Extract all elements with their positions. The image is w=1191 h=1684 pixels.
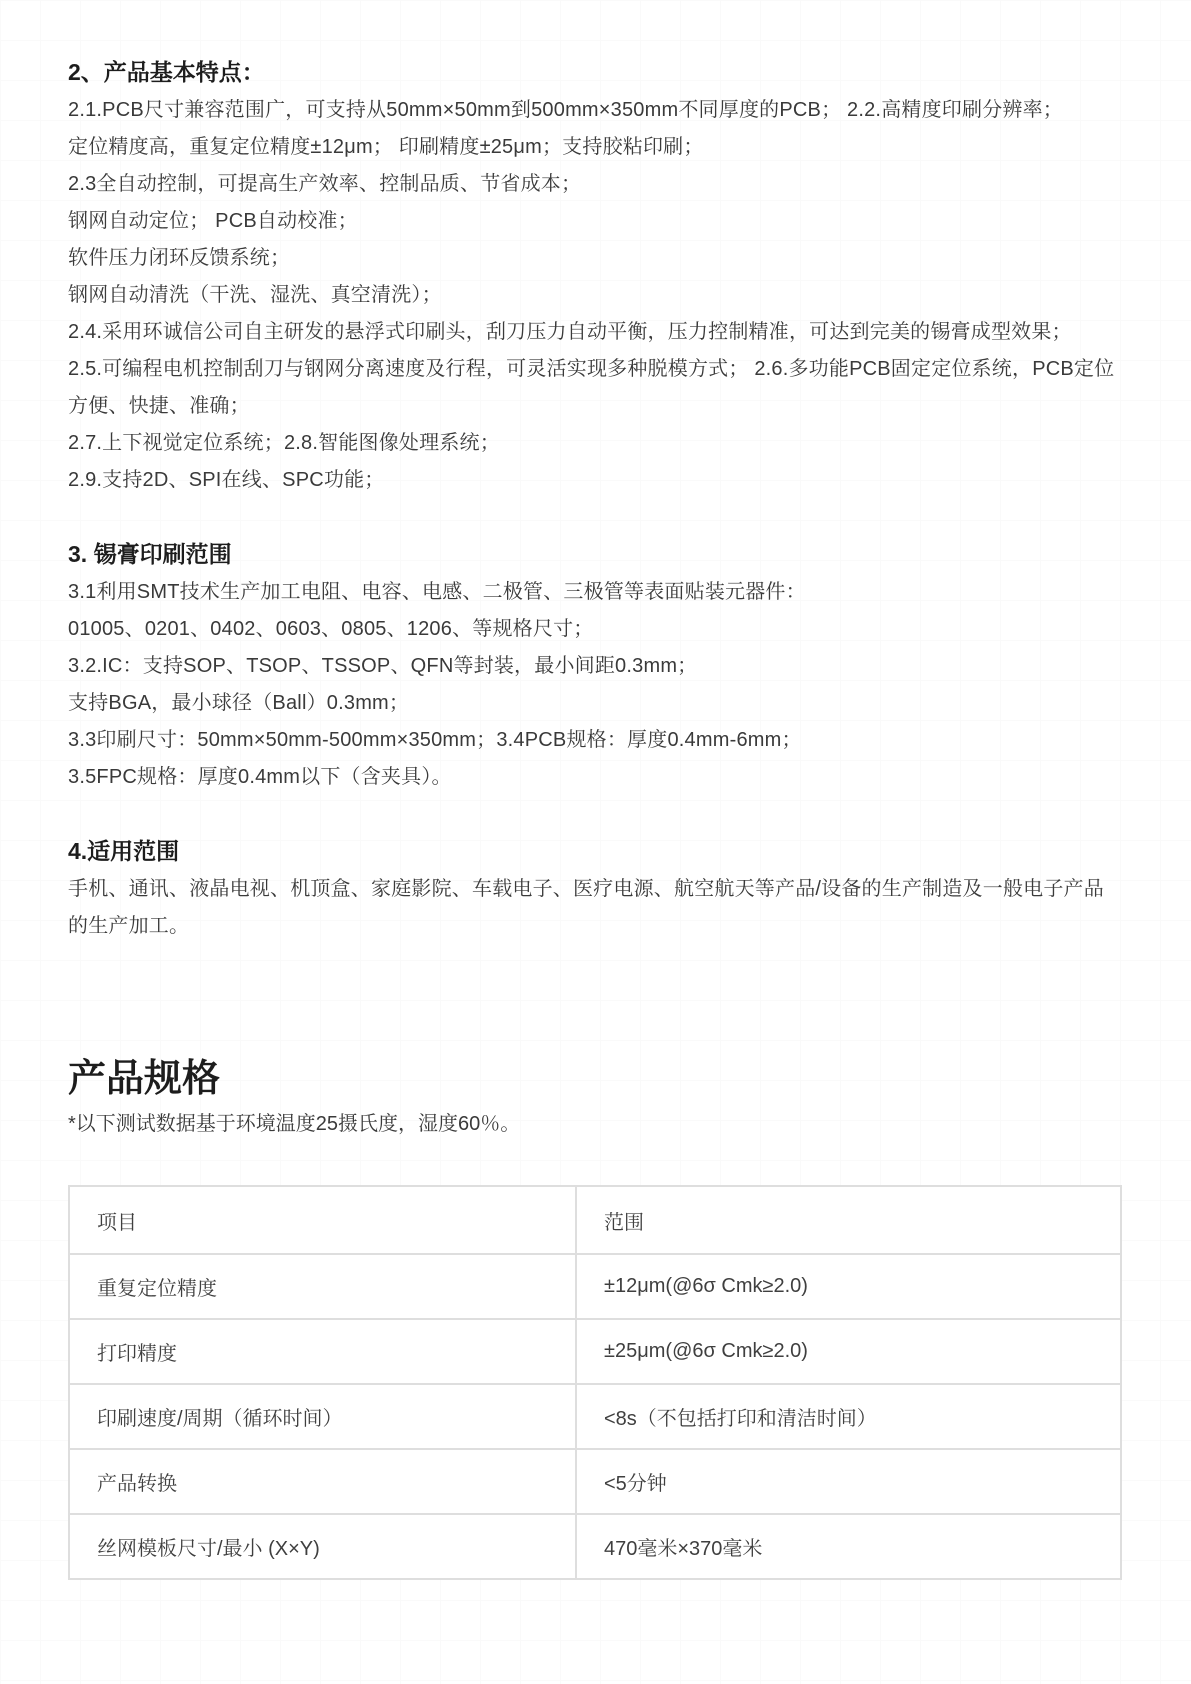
spec-item-label: 丝网模板尺寸/最小 (X×Y) bbox=[69, 1514, 576, 1579]
range-line: 01005、0201、0402、0603、0805、1206、等规格尺寸； bbox=[68, 611, 1122, 648]
table-row: 打印精度 ±25μm(@6σ Cmk≥2.0) bbox=[69, 1319, 1121, 1384]
feature-line: 钢网自动清洗（干洗、湿洗、真空清洗）； bbox=[68, 277, 1122, 314]
specs-table-header-row: 项目 范围 bbox=[69, 1186, 1121, 1254]
applications-line: 手机、通讯、液晶电视、机顶盒、家庭影院、车载电子、医疗电源、航空航天等产品/设备… bbox=[68, 871, 1122, 945]
spec-item-value: ±12μm(@6σ Cmk≥2.0) bbox=[576, 1254, 1121, 1319]
feature-line: 2.4.采用环诚信公司自主研发的悬浮式印刷头，刮刀压力自动平衡，压力控制精准，可… bbox=[68, 314, 1122, 351]
specs-table: 项目 范围 重复定位精度 ±12μm(@6σ Cmk≥2.0) 打印精度 ±25… bbox=[68, 1185, 1122, 1580]
feature-line: 2.5.可编程电机控制刮刀与钢网分离速度及行程，可灵活实现多种脱模方式； 2.6… bbox=[68, 351, 1122, 425]
table-row: 重复定位精度 ±12μm(@6σ Cmk≥2.0) bbox=[69, 1254, 1121, 1319]
feature-line: 定位精度高，重复定位精度±12μm； 印刷精度±25μm；支持胶粘印刷； bbox=[68, 129, 1122, 166]
feature-line: 2.9.支持2D、SPI在线、SPC功能； bbox=[68, 462, 1122, 499]
specs-title: 产品规格 bbox=[68, 1057, 1122, 1101]
specs-table-container: 项目 范围 重复定位精度 ±12μm(@6σ Cmk≥2.0) 打印精度 ±25… bbox=[68, 1185, 1122, 1589]
spec-item-label: 产品转换 bbox=[69, 1449, 576, 1514]
spec-item-label: 打印精度 bbox=[69, 1319, 576, 1384]
specs-header-item: 项目 bbox=[69, 1186, 576, 1254]
range-line: 3.3印刷尺寸：50mm×50mm-500mm×350mm；3.4PCB规格：厚… bbox=[68, 722, 1122, 759]
specs-header-range: 范围 bbox=[576, 1186, 1121, 1254]
range-line: 3.5FPC规格：厚度0.4mm以下（含夹具）。 bbox=[68, 759, 1122, 796]
product-spec-page: 2、产品基本特点： 2.1.PCB尺寸兼容范围广，可支持从50mm×50mm到5… bbox=[0, 0, 1191, 1589]
section-heading-printing-range: 3. 锡膏印刷范围 bbox=[68, 539, 1122, 569]
section-heading-applications: 4.适用范围 bbox=[68, 836, 1122, 866]
range-line: 3.1利用SMT技术生产加工电阻、电容、电感、二极管、三极管等表面贴装元器件： bbox=[68, 574, 1122, 611]
table-row: 丝网模板尺寸/最小 (X×Y) 470毫米×370毫米 bbox=[69, 1514, 1121, 1579]
section-applications-body: 手机、通讯、液晶电视、机顶盒、家庭影院、车载电子、医疗电源、航空航天等产品/设备… bbox=[68, 871, 1122, 945]
feature-line: 软件压力闭环反馈系统； bbox=[68, 240, 1122, 277]
feature-line: 2.3全自动控制，可提高生产效率、控制品质、节省成本； bbox=[68, 166, 1122, 203]
specs-note: *以下测试数据基于环境温度25摄氏度，湿度60％。 bbox=[68, 1107, 1122, 1141]
range-line: 支持BGA，最小球径（Ball）0.3mm； bbox=[68, 685, 1122, 722]
table-row: 产品转换 <5分钟 bbox=[69, 1449, 1121, 1514]
spec-item-value: ±25μm(@6σ Cmk≥2.0) bbox=[576, 1319, 1121, 1384]
feature-line: 钢网自动定位； PCB自动校准； bbox=[68, 203, 1122, 240]
section-features-body: 2.1.PCB尺寸兼容范围广，可支持从50mm×50mm到500mm×350mm… bbox=[68, 92, 1122, 499]
spec-item-value: <5分钟 bbox=[576, 1449, 1121, 1514]
section-heading-features: 2、产品基本特点： bbox=[68, 0, 1122, 87]
spec-item-label: 重复定位精度 bbox=[69, 1254, 576, 1319]
feature-line: 2.1.PCB尺寸兼容范围广，可支持从50mm×50mm到500mm×350mm… bbox=[68, 92, 1122, 129]
table-row: 印刷速度/周期（循环时间） <8s（不包括打印和清洁时间） bbox=[69, 1384, 1121, 1449]
section-printing-range-body: 3.1利用SMT技术生产加工电阻、电容、电感、二极管、三极管等表面贴装元器件： … bbox=[68, 574, 1122, 796]
range-line: 3.2.IC：支持SOP、TSOP、TSSOP、QFN等封装，最小间距0.3mm… bbox=[68, 648, 1122, 685]
spec-item-label: 印刷速度/周期（循环时间） bbox=[69, 1384, 576, 1449]
spec-item-value: <8s（不包括打印和清洁时间） bbox=[576, 1384, 1121, 1449]
spec-item-value: 470毫米×370毫米 bbox=[576, 1514, 1121, 1579]
feature-line: 2.7.上下视觉定位系统；2.8.智能图像处理系统； bbox=[68, 425, 1122, 462]
